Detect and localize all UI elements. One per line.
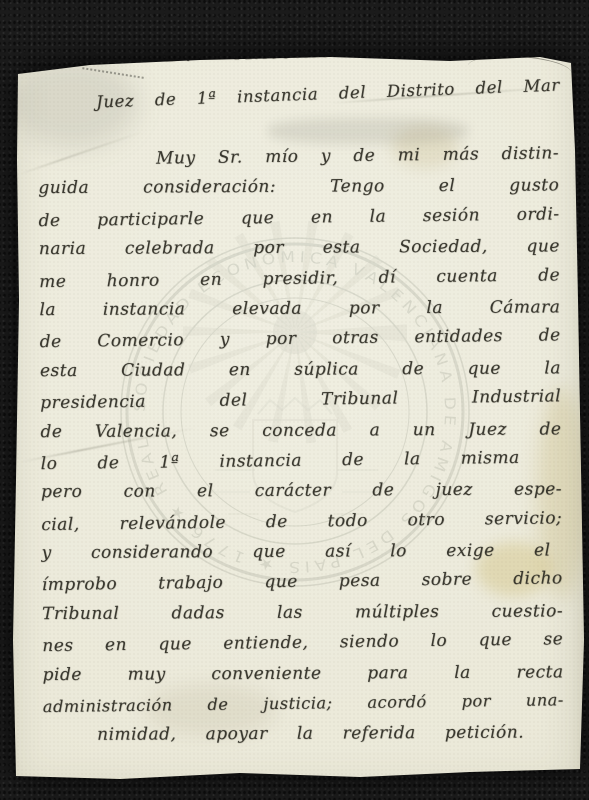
archive-mark-line2: (20) [25,49,73,72]
manuscript-line: de Valencia, se conceda a un Juez de [40,419,561,452]
scan-background: SOCIEDAD ECONOMICA VALENCIANA DE AMIGOS … [0,0,589,800]
recipient-name: Sr. D. Antonio Delgado [88,33,481,70]
archive-mark: U-1 (20) [21,23,74,74]
manuscript-line: ímprobo trabajo que pesa sobre dicho [42,569,563,606]
letter-body: Muy Sr. mío y de mi más distin- guida co… [38,144,564,756]
manuscript-line: de participarle que en la sesión ordi- [38,204,559,241]
document-paper: SOCIEDAD ECONOMICA VALENCIANA DE AMIGOS … [0,0,589,800]
archive-mark-line1: U-1 [21,23,71,51]
manuscript-line: de Comercio y por otras entidades de [40,326,561,363]
manuscript-line: cial, relevándole de todo otro servicio; [41,508,562,545]
manuscript-line: naria celebrada por esta Sociedad, que [39,237,560,270]
paper-wrapper: SOCIEDAD ECONOMICA VALENCIANA DE AMIGOS … [0,0,589,800]
pencil-smudge [268,118,468,144]
recipient-title: Juez de 1ª instancia del Distrito del Ma… [96,76,560,112]
manuscript-line: esta Ciudad en súplica de que la [40,358,561,391]
manuscript-line: presidencia del Tribunal Industrial [40,386,561,423]
manuscript-line: pide muy conveniente para la recta [43,662,564,695]
ink-flourish [468,52,573,76]
manuscript-line: nes en que entiende, siendo lo que se [42,630,563,667]
manuscript-line: nimidad, apoyar la referida petición. [43,723,564,756]
manuscript-line: me honro en presidir, dí cuenta de [39,265,560,302]
manuscript-line: pero con el carácter de juez espe- [41,480,562,513]
manuscript-line: guida consideración: Tengo el gusto [38,176,559,209]
